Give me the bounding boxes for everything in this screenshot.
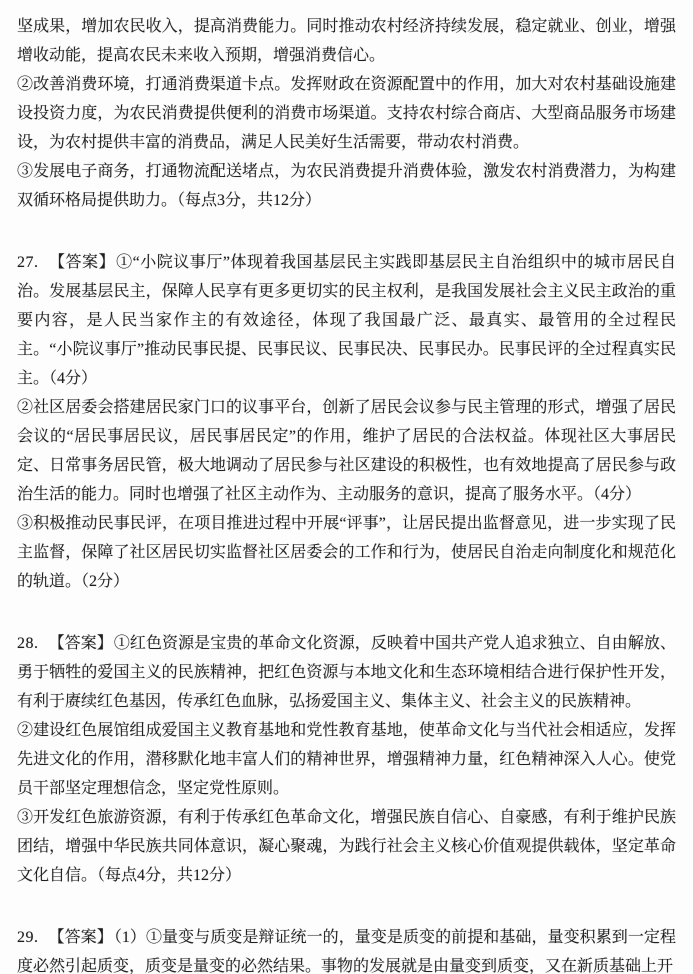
answer-paragraph: 坚成果，增加农民收入，提高消费能力。同时推动农村经济持续发展，稳定就业、创业，增… bbox=[17, 12, 676, 70]
answer-paragraph: 29.【答案】（1）①量变与质变是辩证统一的，量变是质变的前提和基础，量变积累到… bbox=[17, 923, 676, 974]
question-number: 29. bbox=[17, 929, 39, 946]
answer-paragraph: 28.【答案】①红色资源是宝贵的革命文化资源，反映着中国共产党人追求独立、自由解… bbox=[17, 629, 676, 716]
answer-29: 29.【答案】（1）①量变与质变是辩证统一的，量变是质变的前提和基础，量变积累到… bbox=[17, 923, 676, 974]
answer-26-continuation: 坚成果，增加农民收入，提高消费能力。同时推动农村经济持续发展，稳定就业、创业，增… bbox=[17, 12, 676, 215]
answer-paragraph: ②社区居委会搭建居民家门口的议事平台，创新了居民会议参与民主管理的形式，增强了居… bbox=[17, 393, 676, 509]
answer-27: 27.【答案】①“小院议事厅”体现着我国基层民主实践即基层民主自治组织中的城市居… bbox=[17, 248, 676, 596]
answer-paragraph: ③发展电子商务，打通物流配送堵点，为农民消费提升消费体验，激发农村消费潜力，为构… bbox=[17, 157, 676, 215]
answer-label: 【答案】 bbox=[49, 635, 113, 652]
answer-paragraph: ③积极推动民事民评，在项目推进过程中开展“评事”，让居民提出监督意见，进一步实现… bbox=[17, 509, 676, 596]
answer-28: 28.【答案】①红色资源是宝贵的革命文化资源，反映着中国共产党人追求独立、自由解… bbox=[17, 629, 676, 890]
answer-text: ①“小院议事厅”体现着我国基层民主实践即基层民主自治组织中的城市居民自治。发展基… bbox=[17, 254, 676, 387]
answer-text: （1）①量变与质变是辩证统一的，量变是质变的前提和基础，量变积累到一定程度必然引… bbox=[17, 929, 676, 974]
question-number: 28. bbox=[17, 635, 39, 652]
document-page: 坚成果，增加农民收入，提高消费能力。同时推动农村经济持续发展，稳定就业、创业，增… bbox=[0, 0, 693, 974]
answer-text: ①红色资源是宝贵的革命文化资源，反映着中国共产党人追求独立、自由解放、勇于牺牲的… bbox=[17, 635, 676, 710]
answer-label: 【答案】 bbox=[49, 254, 116, 271]
answer-paragraph: 27.【答案】①“小院议事厅”体现着我国基层民主实践即基层民主自治组织中的城市居… bbox=[17, 248, 676, 393]
answer-paragraph: ②建设红色展馆组成爱国主义教育基地和党性教育基地，使革命文化与当代社会相适应，发… bbox=[17, 716, 676, 803]
answer-paragraph: ③开发红色旅游资源，有利于传承红色革命文化，增强民族自信心、自豪感，有利于维护民… bbox=[17, 803, 676, 890]
answer-paragraph: ②改善消费环境，打通消费渠道卡点。发挥财政在资源配置中的作用，加大对农村基础设施… bbox=[17, 70, 676, 157]
question-number: 27. bbox=[17, 254, 39, 271]
answer-label: 【答案】 bbox=[49, 929, 113, 946]
